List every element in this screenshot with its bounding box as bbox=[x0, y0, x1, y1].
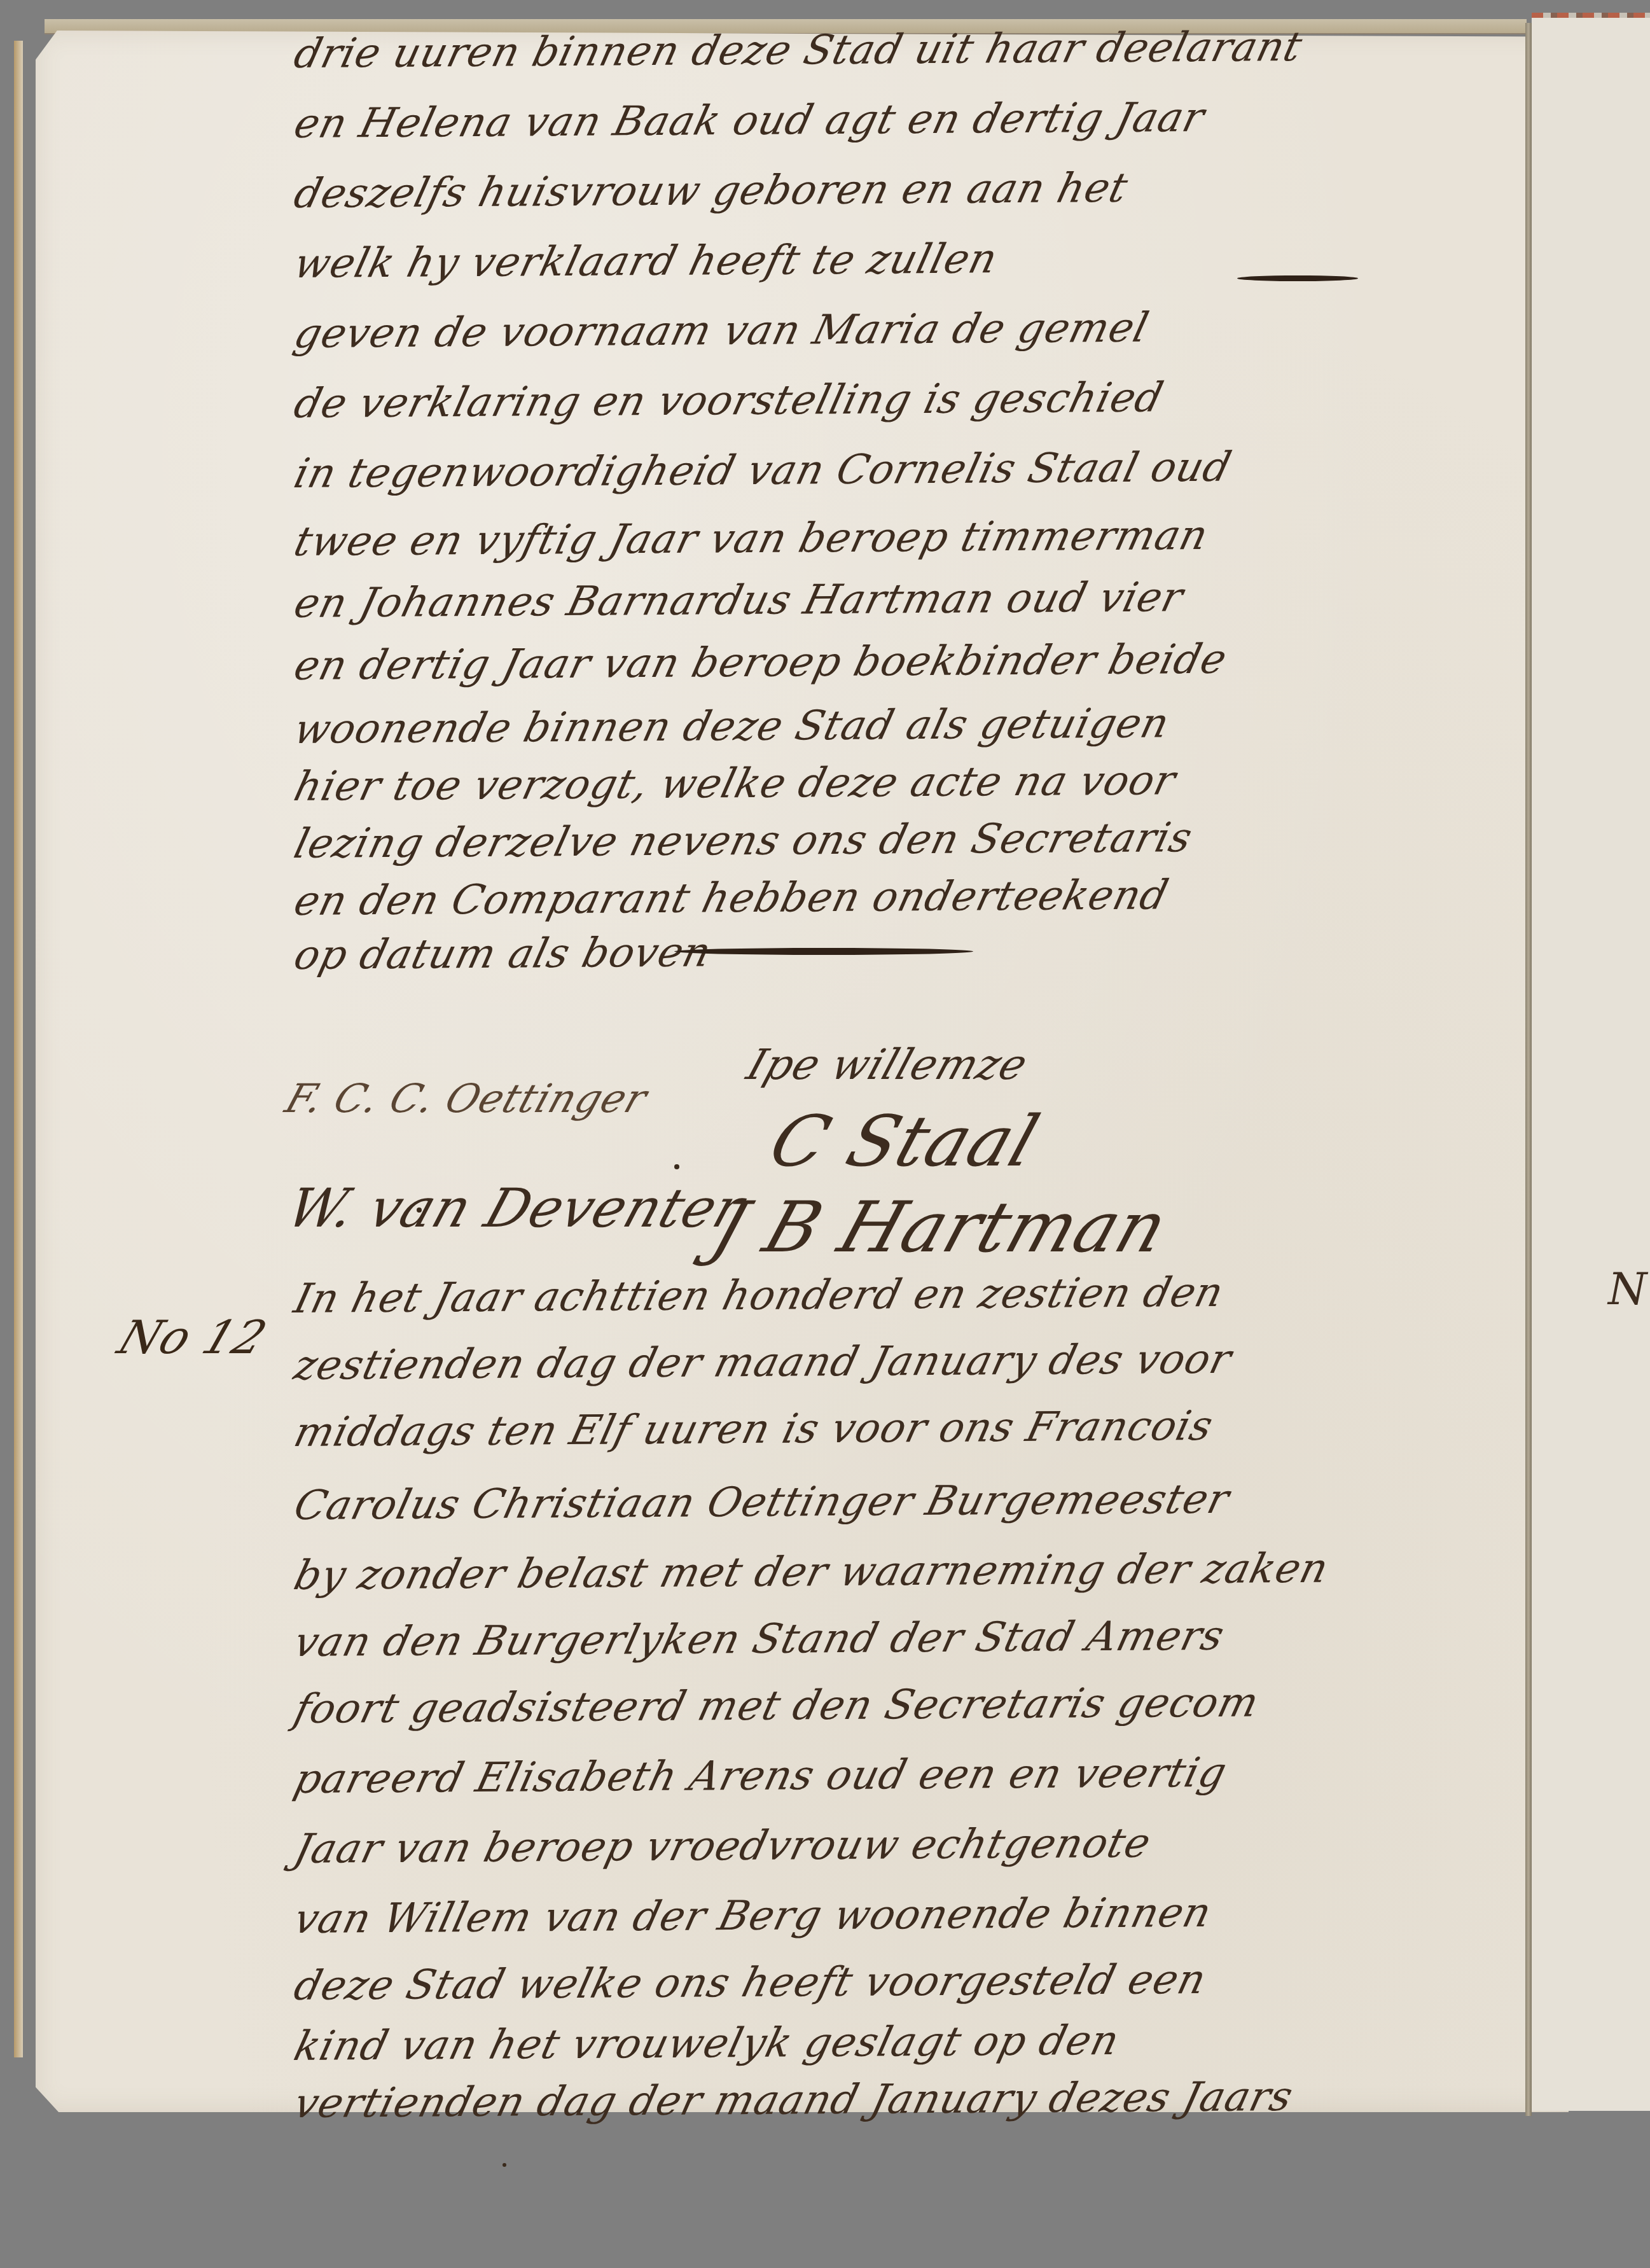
text-line: zestienden dag der maand January des voo… bbox=[289, 1336, 1237, 1389]
signature-oettinger: F. C. C. Oettinger bbox=[280, 1075, 653, 1122]
text-line: hier toe verzogt, welke deze acte na voo… bbox=[289, 757, 1181, 810]
text-line: drie uuren binnen deze Stad uit haar dee… bbox=[289, 24, 1307, 78]
entry-number: No 12 bbox=[111, 1311, 274, 1364]
text-line: welk hy verklaard heeft te zullen bbox=[289, 235, 1002, 288]
text-line: woonende binnen deze Stad als getuigen bbox=[289, 700, 1174, 753]
text-line: en Helena van Baak oud agt en dertig Jaa… bbox=[289, 94, 1209, 148]
text-line: twee en vyftig Jaar van beroep timmerman bbox=[289, 512, 1213, 566]
text-line: Jaar van beroep vroedvrouw echtgenote bbox=[289, 1820, 1156, 1873]
book-gutter bbox=[1525, 23, 1532, 2116]
ink-dot bbox=[503, 2163, 506, 2167]
text-line: van Willem van der Berg woonende binnen bbox=[289, 1889, 1216, 1943]
text-line: deze Stad welke ons heeft voorgesteld ee… bbox=[289, 1956, 1211, 2010]
text-line: geven de voornaam van Maria de gemel bbox=[289, 305, 1153, 358]
document-scan: N drie uuren binnen deze Stad uit haar d… bbox=[0, 0, 1650, 2268]
text-line: de verklaring en voorstelling is geschie… bbox=[289, 374, 1168, 428]
text-line: van den Burgerlyken Stand der Stad Amers bbox=[289, 1613, 1229, 1666]
page-left-edge bbox=[14, 41, 23, 2057]
signature-van-deventer: W. van Deventer bbox=[280, 1177, 752, 1239]
ink-dot bbox=[417, 1207, 422, 1213]
line-flourish bbox=[1237, 275, 1358, 281]
adjacent-page-margin-mark: N bbox=[1608, 1263, 1647, 1315]
signature-hartman: J B Hartman bbox=[703, 1186, 1177, 1268]
text-line: middags ten Elf uuren is voor ons Franco… bbox=[289, 1403, 1217, 1456]
adjacent-page bbox=[1532, 18, 1650, 2111]
text-line: in tegenwoordigheid van Cornelis Staal o… bbox=[289, 444, 1236, 497]
text-line: Carolus Christiaan Oettinger Burgemeeste… bbox=[289, 1476, 1234, 1529]
text-line: op datum als boven bbox=[289, 929, 716, 979]
text-line: In het Jaar achttien honderd en zestien … bbox=[289, 1269, 1228, 1323]
text-line: vertienden dag der maand January dezes J… bbox=[289, 2073, 1298, 2127]
text-line: en Johannes Barnardus Hartman oud vier bbox=[289, 574, 1188, 627]
text-line: foort geadsisteerd met den Secretaris ge… bbox=[289, 1679, 1264, 1733]
text-line: pareerd Elisabeth Arens oud een en veert… bbox=[289, 1750, 1231, 1803]
closing-flourish bbox=[674, 948, 973, 955]
signature-ipe-willemze: Ipe willemze bbox=[741, 1040, 1034, 1089]
text-line: en dertig Jaar van beroep boekbinder bei… bbox=[289, 636, 1232, 690]
ink-dot bbox=[674, 1164, 679, 1169]
text-line: kind van het vrouwelyk geslagt op den bbox=[289, 2017, 1124, 2070]
text-line: deszelfs huisvrouw geboren en aan het bbox=[289, 165, 1133, 218]
signature-staal: C Staal bbox=[760, 1101, 1049, 1182]
text-line: lezing derzelve nevens ons den Secretari… bbox=[289, 814, 1197, 868]
text-line: by zonder belast met der waarneming der … bbox=[289, 1545, 1333, 1599]
text-line: en den Comparant hebben onderteekend bbox=[289, 872, 1173, 925]
